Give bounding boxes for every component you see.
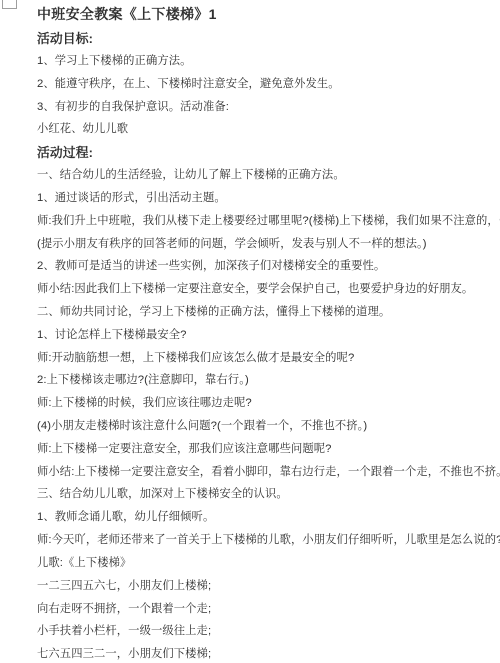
doc-line: 1、通过谈话的形式，引出活动主题。: [37, 186, 500, 209]
doc-line-rhyme: 小手扶着小栏杆，一级一级往上走;: [37, 619, 500, 642]
doc-line-rhyme-title: 儿歌:《上下楼梯》: [37, 551, 500, 574]
lesson-plan-document: 中班安全教案《上下楼梯》1 活动目标: 1、学习上下楼梯的正确方法。 2、能遵守…: [37, 3, 500, 663]
doc-line-rhyme: 一二三四五六七，小朋友们上楼梯;: [37, 573, 500, 596]
doc-line: 二、师幼共同讨论，学习上下楼梯的正确方法，懂得上下楼梯的道理。: [37, 300, 500, 323]
doc-line: (提示小朋友有秩序的回答老师的问题，学会倾听，发表与别人不一样的想法。): [37, 231, 500, 254]
doc-line: 2、教师可是适当的讲述一些实例，加深孩子们对楼梯安全的重要性。: [37, 254, 500, 277]
doc-line-truncated: 师:我们升上中班啦，我们从楼下走上楼要经过哪里呢?(楼梯)上下楼梯，我们如果不注…: [37, 208, 500, 231]
corner-box-artifact: [2, 0, 17, 9]
doc-line: 师小结:因此我们上下楼梯一定要注意安全，要学会保护自己，也要爱护身边的好朋友。: [37, 277, 500, 300]
doc-line: 1、讨论怎样上下楼梯最安全?: [37, 322, 500, 345]
doc-line: 2、能遵守秩序，在上、下楼梯时注意安全，避免意外发生。: [37, 71, 500, 94]
doc-heading-process: 活动过程:: [37, 140, 500, 163]
doc-line: 师:开动脑筋想一想，上下楼梯我们应该怎么做才是最安全的呢?: [37, 345, 500, 368]
doc-line: 三、结合幼儿儿歌，加深对上下楼梯安全的认识。: [37, 482, 500, 505]
doc-line: 师:今天吖，老师还带来了一首关于上下楼梯的儿歌，小朋友们仔细听听，儿歌里是怎么说…: [37, 528, 500, 551]
doc-line-rhyme: 七六五四三二一，小朋友们下楼梯;: [37, 642, 500, 663]
doc-line: 师:上下楼梯的时候，我们应该往哪边走呢?: [37, 391, 500, 414]
doc-line: 一、结合幼儿的生活经验，让幼儿了解上下楼梯的正确方法。: [37, 163, 500, 186]
doc-line-rhyme: 向右走呀不拥挤，一个跟着一个走;: [37, 596, 500, 619]
doc-heading-goals: 活动目标:: [37, 26, 500, 49]
doc-line: 3、有初步的自我保护意识。活动准备:: [37, 94, 500, 117]
doc-title: 中班安全教案《上下楼梯》1: [37, 3, 500, 26]
doc-line: 1、学习上下楼梯的正确方法。: [37, 49, 500, 72]
doc-line: 小红花、幼儿儿歌: [37, 117, 500, 140]
document-page: 中班安全教案《上下楼梯》1 活动目标: 1、学习上下楼梯的正确方法。 2、能遵守…: [0, 0, 500, 663]
doc-line: 1、教师念诵儿歌，幼儿仔细倾听。: [37, 505, 500, 528]
doc-line: (4)小朋友走楼梯时该注意什么问题?(一个跟着一个，不推也不挤。): [37, 414, 500, 437]
doc-line: 师:上下楼梯一定要注意安全，那我们应该注意哪些问题呢?: [37, 436, 500, 459]
doc-line: 2:上下楼梯该走哪边?(注意脚印，靠右行。): [37, 368, 500, 391]
doc-line: 师小结:上下楼梯一定要注意安全，看着小脚印，靠右边行走，一个跟着一个走，不推也不…: [37, 459, 500, 482]
